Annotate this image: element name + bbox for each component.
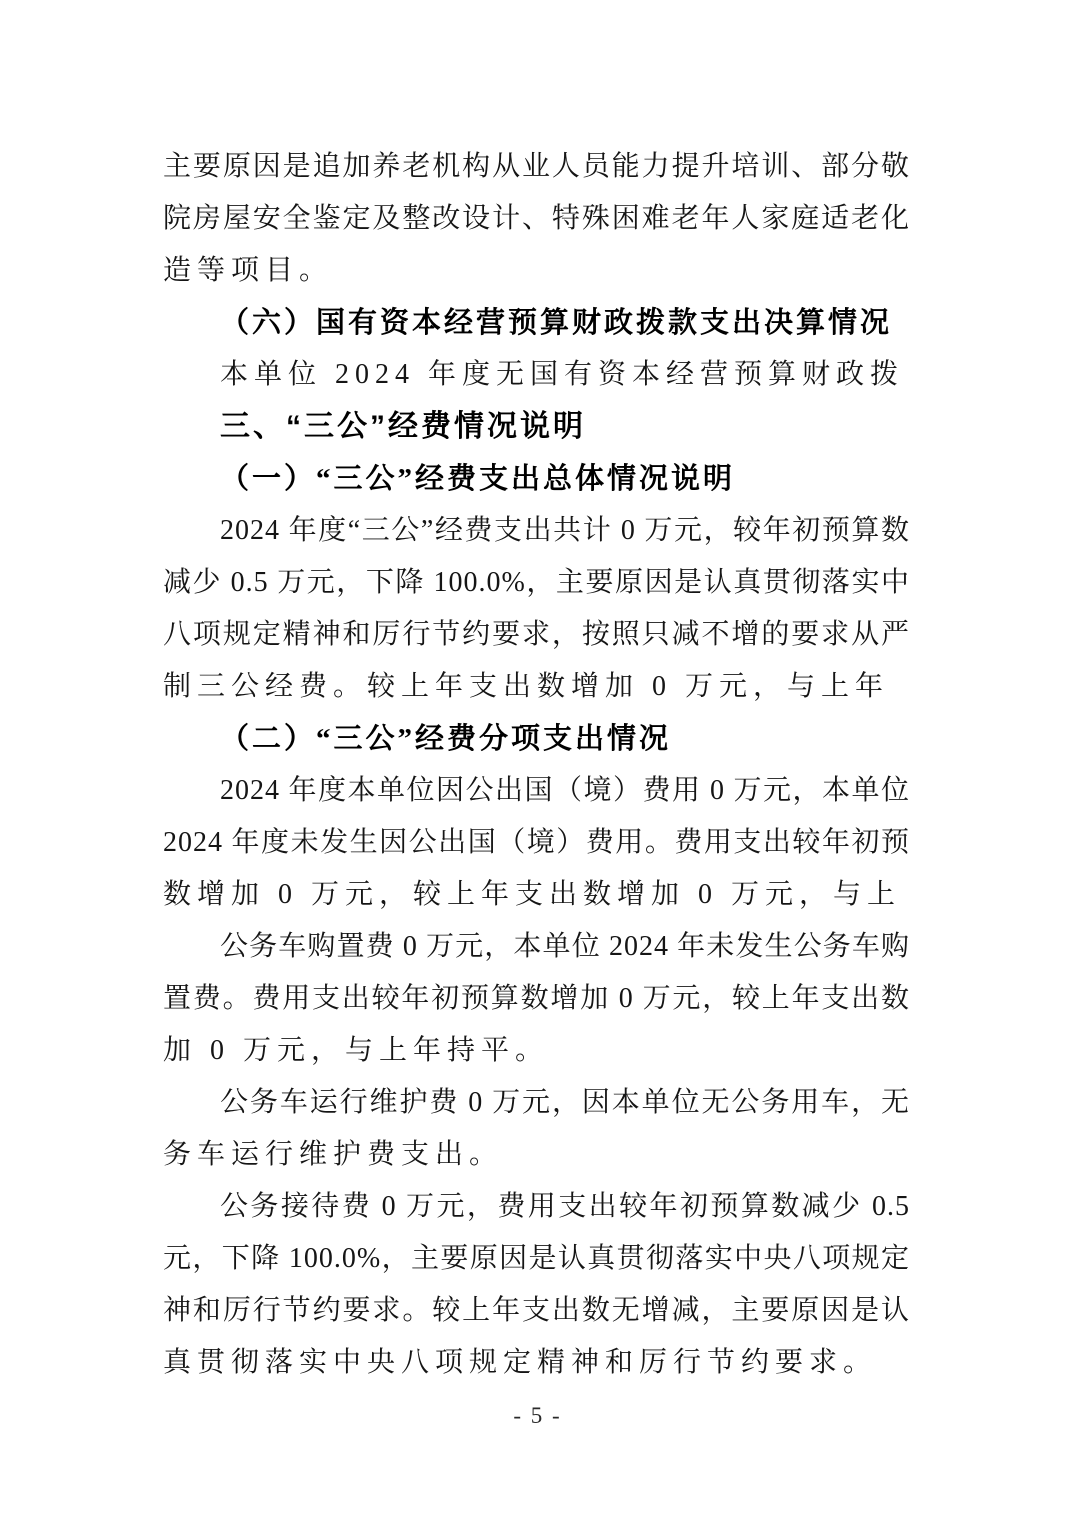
paragraph: 主要原因是追加养老机构从业人员能力提升培训、部分敬老 院房屋安全鉴定及整改设计、… — [163, 141, 910, 297]
document-body: 主要原因是追加养老机构从业人员能力提升培训、部分敬老 院房屋安全鉴定及整改设计、… — [163, 141, 910, 1389]
para-line: 造等项目。 — [163, 245, 910, 297]
para-line: 主要原因是追加养老机构从业人员能力提升培训、部分敬老 — [163, 141, 910, 193]
paragraph: 2024 年度“三公”经费支出共计 0 万元，较年初预算数 减少 0.5 万元，… — [163, 505, 910, 713]
para-line: 元，下降 100.0%，主要原因是认真贯彻落实中央八项规定精 — [163, 1233, 910, 1285]
para-line: 加 0 万元，与上年持平。 — [163, 1025, 910, 1077]
para-line: 置费。费用支出较年初预算数增加 0 万元，较上年支出数增 — [163, 973, 910, 1025]
paragraph: 2024 年度本单位因公出国（境）费用 0 万元，本单位 2024 年度未发生因… — [163, 765, 910, 921]
paragraph: 本单位 2024 年度无国有资本经营预算财政拨款支出。 — [163, 349, 910, 401]
para-line: 数增加 0 万元，较上年支出数增加 0 万元，与上年持平。 — [163, 869, 910, 921]
para-line: 公务车购置费 0 万元，本单位 2024 年未发生公务车购 — [163, 921, 910, 973]
para-line: 本单位 2024 年度无国有资本经营预算财政拨款支出。 — [163, 349, 910, 401]
para-line: 2024 年度“三公”经费支出共计 0 万元，较年初预算数 — [163, 505, 910, 557]
heading-level2: （六）国有资本经营预算财政拨款支出决算情况说明 — [163, 297, 910, 349]
para-line: 减少 0.5 万元，下降 100.0%，主要原因是认真贯彻落实中央 — [163, 557, 910, 609]
section: 三、“三公”经费情况说明 — [163, 401, 910, 453]
heading-level2: （二）“三公”经费分项支出情况 — [163, 713, 910, 765]
para-line: 真贯彻落实中央八项规定精神和厉行节约要求。 — [163, 1337, 910, 1389]
heading-level1: 三、“三公”经费情况说明 — [163, 401, 910, 453]
para-line: 公务车运行维护费 0 万元，因本单位无公务用车，无公 — [163, 1077, 910, 1129]
heading-level2: （一）“三公”经费支出总体情况说明 — [163, 453, 910, 505]
section: （二）“三公”经费分项支出情况 — [163, 713, 910, 765]
para-line: 2024 年度本单位因公出国（境）费用 0 万元，本单位 — [163, 765, 910, 817]
document-page: 主要原因是追加养老机构从业人员能力提升培训、部分敬老 院房屋安全鉴定及整改设计、… — [0, 0, 1075, 1520]
paragraph: 公务接待费 0 万元，费用支出较年初预算数减少 0.5 万 元，下降 100.0… — [163, 1181, 910, 1389]
para-line: 八项规定精神和厉行节约要求，按照只减不增的要求从严控 — [163, 609, 910, 661]
para-line: 务车运行维护费支出。 — [163, 1129, 910, 1181]
para-line: 神和厉行节约要求。较上年支出数无增减，主要原因是认 — [163, 1285, 910, 1337]
para-line: 制三公经费。较上年支出数增加 0 万元，与上年持平。 — [163, 661, 910, 713]
section: （六）国有资本经营预算财政拨款支出决算情况说明 — [163, 297, 910, 349]
section: （一）“三公”经费支出总体情况说明 — [163, 453, 910, 505]
para-line: 院房屋安全鉴定及整改设计、特殊困难老年人家庭适老化改 — [163, 193, 910, 245]
page-number: - 5 - — [513, 1403, 561, 1428]
paragraph: 公务车运行维护费 0 万元，因本单位无公务用车，无公 务车运行维护费支出。 — [163, 1077, 910, 1181]
para-line: 公务接待费 0 万元，费用支出较年初预算数减少 0.5 万 — [163, 1181, 910, 1233]
page-footer: - 5 - — [0, 1398, 1075, 1434]
paragraph: 公务车购置费 0 万元，本单位 2024 年未发生公务车购 置费。费用支出较年初… — [163, 921, 910, 1077]
para-line: 2024 年度未发生因公出国（境）费用。费用支出较年初预算 — [163, 817, 910, 869]
